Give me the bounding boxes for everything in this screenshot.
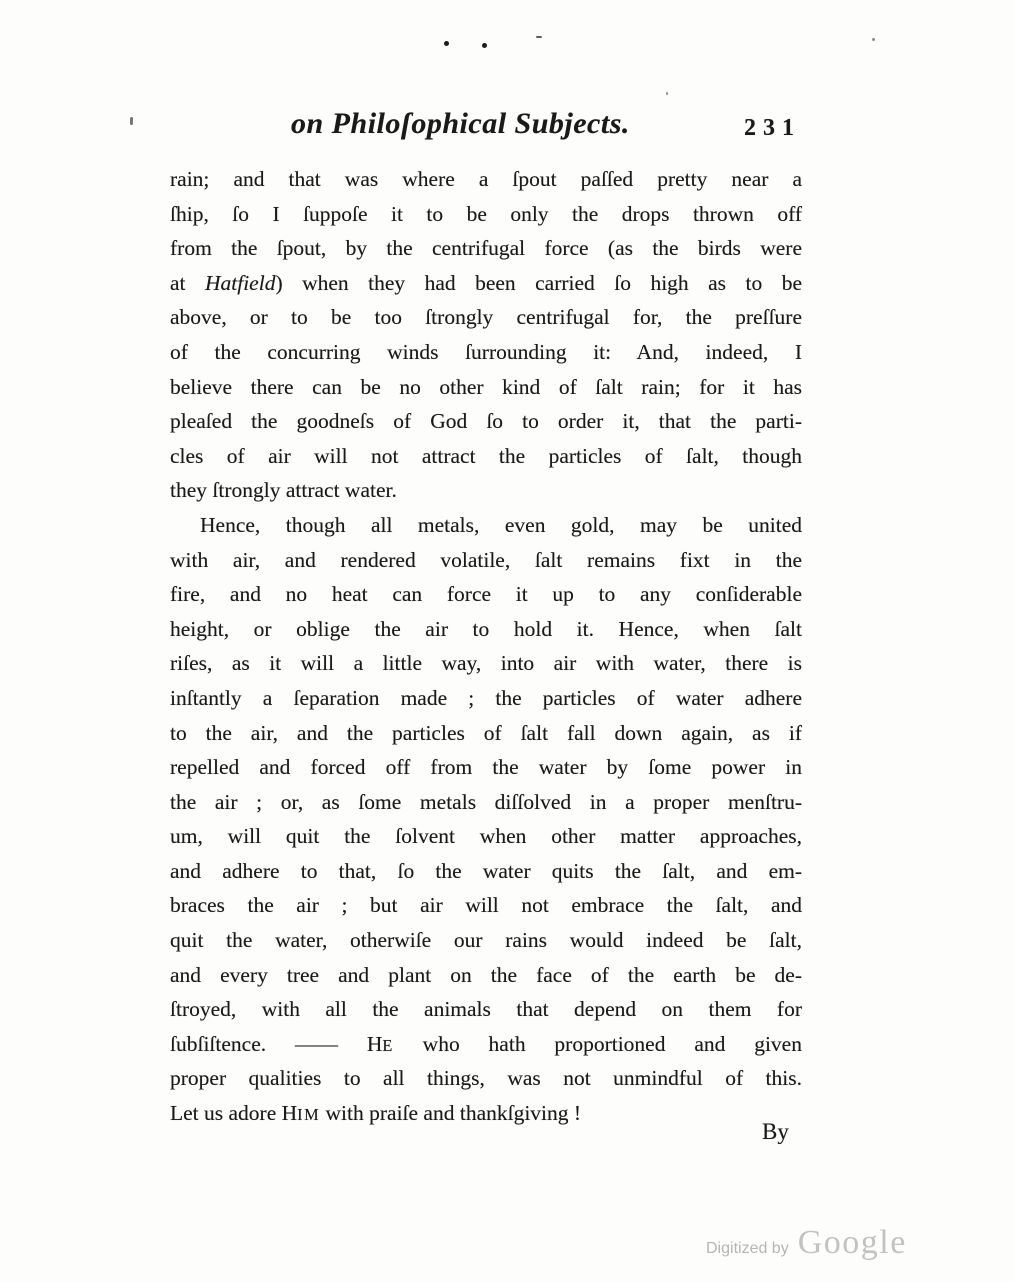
text-segment: repelled and forced off from the water b… — [170, 755, 802, 779]
text-segment: quit the water, otherwiſe our rains woul… — [170, 928, 802, 952]
text-segment: height, or oblige the air to hold it. He… — [170, 617, 802, 641]
text-line: cles of air will not attract the particl… — [170, 439, 802, 474]
ink-speck — [666, 92, 668, 95]
text-segment: believe there can be no other kind of ſa… — [170, 375, 802, 399]
text-line: Let us adore HIM with praiſe and thankſg… — [170, 1096, 802, 1131]
text-line: ſhip, ſo I ſuppoſe it to be only the dro… — [170, 197, 802, 232]
google-logo: Google — [798, 1224, 907, 1262]
text-line: pleaſed the goodneſs of God ſo to order … — [170, 404, 802, 439]
text-line: at Hatfield) when they had been carried … — [170, 266, 802, 301]
text-segment: ſhip, ſo I ſuppoſe it to be only the dro… — [170, 202, 802, 226]
text-line: ſtroyed, with all the animals that depen… — [170, 992, 802, 1027]
text-segment: ) when they had been carried ſo high as … — [275, 271, 802, 295]
book-page-scan: on Philoſophical Subjects. 231 rain; and… — [0, 0, 1014, 1282]
text-segment: who hath proportioned and given — [394, 1032, 802, 1056]
text-line: Hence, though all metals, even gold, may… — [170, 508, 802, 543]
text-segment: the air ; or, as ſome metals diſſolved i… — [170, 790, 802, 814]
text-segment: braces the air ; but air will not embrac… — [170, 893, 802, 917]
smallcaps-text: E — [382, 1036, 393, 1055]
text-line: rain; and that was where a ſpout paſſed … — [170, 162, 802, 197]
text-segment: um, will quit the ſolvent when other mat… — [170, 824, 802, 848]
text-line: fire, and no heat can force it up to any… — [170, 577, 802, 612]
ink-speck — [536, 36, 542, 38]
body-text: rain; and that was where a ſpout paſſed … — [170, 162, 802, 1131]
italic-text: Hatfield — [205, 271, 275, 295]
text-segment: to the air, and the particles of ſalt fa… — [170, 721, 802, 745]
ink-speck — [444, 41, 449, 46]
text-line: braces the air ; but air will not embrac… — [170, 888, 802, 923]
text-line: quit the water, otherwiſe our rains woul… — [170, 923, 802, 958]
watermark-prefix-text: Digitized by — [706, 1240, 789, 1258]
text-line: of the concurring winds ſurrounding it: … — [170, 335, 802, 370]
ink-speck — [130, 117, 133, 125]
text-segment: above, or to be too ſtrongly centrifugal… — [170, 305, 802, 329]
text-line: and adhere to that, ſo the water quits t… — [170, 854, 802, 889]
text-segment: Let us adore H — [170, 1101, 297, 1125]
ink-speck — [482, 43, 487, 48]
text-segment: pleaſed the goodneſs of God ſo to order … — [170, 409, 802, 433]
text-segment: rain; and that was where a ſpout paſſed … — [170, 167, 802, 191]
text-segment: fire, and no heat can force it up to any… — [170, 582, 802, 606]
google-watermark: Digitized by Google — [706, 1224, 907, 1262]
text-segment: riſes, as it will a little way, into air… — [170, 651, 802, 675]
text-segment: and adhere to that, ſo the water quits t… — [170, 859, 802, 883]
text-segment: with praiſe and thankſgiving ! — [320, 1101, 581, 1125]
text-line: um, will quit the ſolvent when other mat… — [170, 819, 802, 854]
text-line: repelled and forced off from the water b… — [170, 750, 802, 785]
text-line: the air ; or, as ſome metals diſſolved i… — [170, 785, 802, 820]
text-segment: cles of air will not attract the particl… — [170, 444, 802, 468]
text-segment: proper qualities to all things, was not … — [170, 1066, 802, 1090]
text-segment: inſtantly a ſeparation made ; the partic… — [170, 686, 802, 710]
text-segment: and every tree and plant on the face of … — [170, 963, 802, 987]
text-line: they ſtrongly attract water. — [170, 473, 802, 508]
smallcaps-text: IM — [297, 1105, 320, 1124]
text-line: and every tree and plant on the face of … — [170, 958, 802, 993]
text-segment: from the ſpout, by the centrifugal force… — [170, 236, 802, 260]
text-line: from the ſpout, by the centrifugal force… — [170, 231, 802, 266]
text-line: ſubſiſtence. —— HE who hath proportioned… — [170, 1027, 802, 1062]
page-number: 231 — [744, 115, 801, 142]
text-line: riſes, as it will a little way, into air… — [170, 646, 802, 681]
text-segment: of the concurring winds ſurrounding it: … — [170, 340, 802, 364]
text-line: above, or to be too ſtrongly centrifugal… — [170, 300, 802, 335]
text-line: proper qualities to all things, was not … — [170, 1061, 802, 1096]
text-line: believe there can be no other kind of ſa… — [170, 370, 802, 405]
text-segment: at — [170, 271, 205, 295]
text-segment: ſubſiſtence. —— H — [170, 1032, 382, 1056]
text-segment: they ſtrongly attract water. — [170, 478, 397, 502]
ink-speck — [872, 38, 875, 41]
text-line: height, or oblige the air to hold it. He… — [170, 612, 802, 647]
running-header-title: on Philoſophical Subjects. — [291, 107, 630, 141]
text-segment: ſtroyed, with all the animals that depen… — [170, 997, 802, 1021]
text-line: inſtantly a ſeparation made ; the partic… — [170, 681, 802, 716]
text-line: with air, and rendered volatile, ſalt re… — [170, 543, 802, 578]
catchword: By — [762, 1119, 789, 1145]
text-line: to the air, and the particles of ſalt fa… — [170, 716, 802, 751]
text-segment: Hence, though all metals, even gold, may… — [200, 513, 802, 537]
text-segment: with air, and rendered volatile, ſalt re… — [170, 548, 802, 572]
